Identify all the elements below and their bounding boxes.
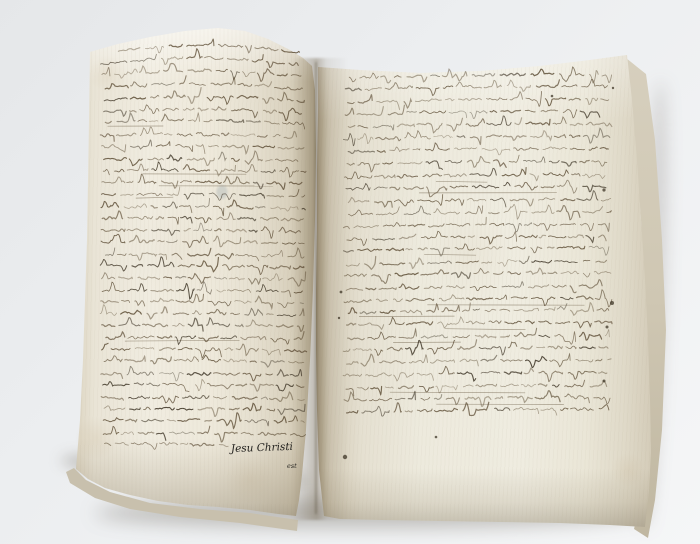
manuscript-photo: Jesu Christi est	[0, 0, 700, 544]
gutter-fold-line	[315, 62, 317, 514]
gutter-shadow	[292, 58, 348, 520]
